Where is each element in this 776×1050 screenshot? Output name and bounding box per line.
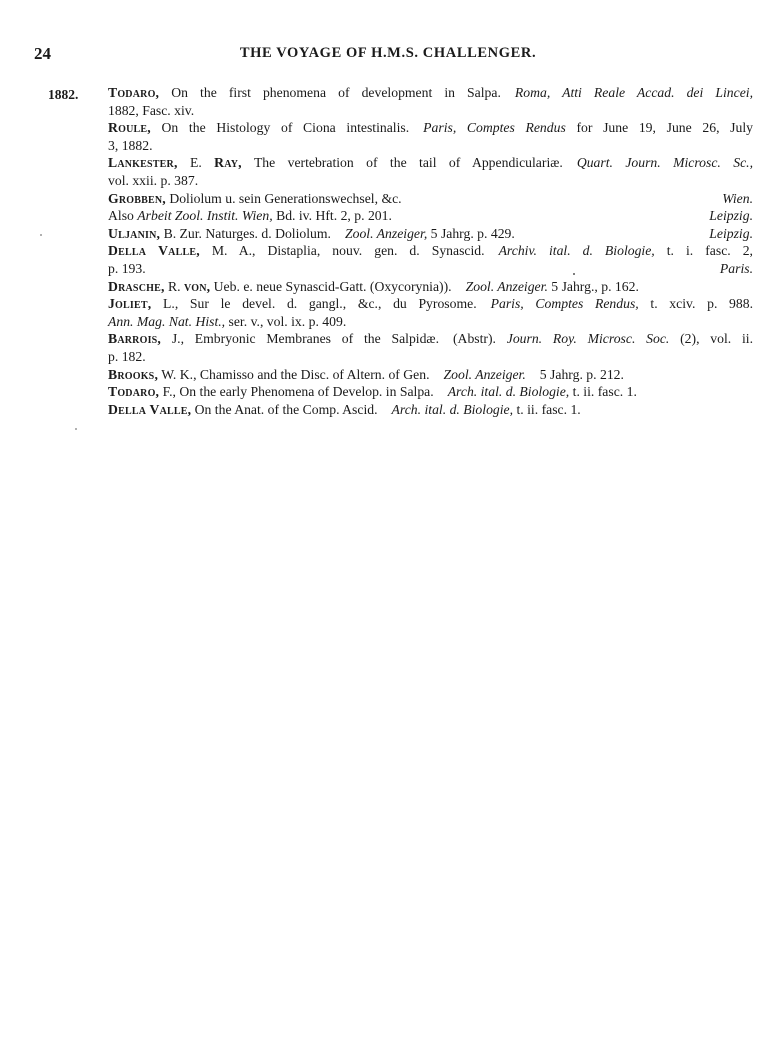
journal-name: Comptes Rendus, [535, 296, 638, 311]
work-title: J., Embryonic Membranes of the Salpidæ. [161, 331, 439, 346]
author-name: Todaro, [108, 384, 159, 399]
bibliography-entry: Drasche, R. von, Ueb. e. neue Synascid-G… [108, 278, 753, 296]
journal-name: Journ. Roy. Microsc. Soc. [507, 331, 670, 346]
journal-name: Arbeit Zool. Instit. Wien, [137, 208, 272, 223]
author-name: Uljanin, [108, 226, 160, 241]
work-title: The vertebration of the tail of Appendic… [242, 155, 563, 170]
journal-details: 5 Jahrg. p. 212. [540, 367, 624, 382]
entry-continuation: Also Arbeit Zool. Instit. Wien, Bd. iv. … [128, 207, 753, 225]
journal-name: Zool. Anzeiger. [466, 279, 548, 294]
journal-details: 5 Jahrg., p. 162. [548, 279, 639, 294]
author-name: Barrois, [108, 331, 161, 346]
bibliography-entry: Todaro, On the first phenomena of develo… [108, 84, 753, 119]
entry-continuation: vol. xxii. p. 387. [128, 172, 753, 190]
author-name: von, [184, 279, 210, 294]
journal-details: t. ii. fasc. 1. [569, 384, 637, 399]
work-title: B. Zur. Naturges. d. Doliolum. [160, 226, 331, 241]
scan-speck [40, 234, 42, 236]
author-name: Roule, [108, 120, 151, 135]
entry-continuation: 1882, Fasc. xiv. [128, 102, 753, 120]
author-name: Brooks, [108, 367, 158, 382]
entry-line: Uljanin, B. Zur. Naturges. d. Doliolum.Z… [128, 225, 753, 243]
entry-line: Della Valle, On the Anat. of the Comp. A… [128, 401, 753, 419]
bibliography-entry: Todaro, F., On the early Phenomena of De… [108, 383, 753, 401]
journal-name: Archiv. ital. d. Biologie, [499, 243, 655, 258]
author-name: Della Valle, [108, 243, 200, 258]
bibliography-entry: Lankester, E. Ray, The vertebration of t… [108, 154, 753, 189]
bibliography-entry: Grobben, Doliolum u. sein Generationswec… [108, 190, 753, 225]
bibliography-entry: Barrois, J., Embryonic Membranes of the … [108, 330, 753, 365]
journal-name: Roma, Atti Reale Accad. dei Lincei, [515, 85, 753, 100]
journal-name: Quart. Journ. Microsc. Sc., [577, 155, 753, 170]
entry-line: Todaro, On the first phenomena of develo… [128, 84, 753, 102]
journal-name: Ann. Mag. Nat. Hist., [108, 314, 225, 329]
journal-name: Paris, Comptes Rendus [423, 120, 566, 135]
author-name: Drasche, [108, 279, 165, 294]
entry-line: Brooks, W. K., Chamisso and the Disc. of… [128, 366, 753, 384]
entry-line: Roule, On the Histology of Ciona intesti… [128, 119, 753, 137]
entry-line: Lankester, E. Ray, The vertebration of t… [128, 154, 753, 172]
journal-name: Zool. Anzeiger. [444, 367, 526, 382]
entry-line: Della Valle, M. A., Distaplia, nouv. gen… [128, 242, 753, 260]
bibliography-entry: Brooks, W. K., Chamisso and the Disc. of… [108, 366, 753, 384]
bibliography-list: Todaro, On the first phenomena of develo… [108, 84, 753, 418]
author-name: Della Valle, [108, 402, 191, 417]
journal-details: t. xciv. p. 988. [639, 296, 753, 311]
scan-speck [75, 428, 77, 430]
entry-continuation: p. 193.Paris. [128, 260, 753, 278]
work-title: L., Sur le devel. d. gangl., &c., du Pyr… [151, 296, 476, 311]
entry-continuation: 3, 1882. [128, 137, 753, 155]
bibliography-entry: Joliet, L., Sur le devel. d. gangl., &c.… [108, 295, 753, 330]
journal-name: Paris, [491, 296, 524, 311]
work-title: M. A., Distaplia, nouv. gen. d. Synascid… [200, 243, 485, 258]
entry-continuation: Ann. Mag. Nat. Hist., ser. v., vol. ix. … [128, 313, 753, 331]
journal-name: Arch. ital. d. Biologie, [448, 384, 570, 399]
publication-place: Leipzig. [729, 225, 753, 243]
document-page: 24 THE VOYAGE OF H.M.S. CHALLENGER. 1882… [0, 0, 776, 1050]
author-name: Lankester, [108, 155, 178, 170]
scan-speck [573, 273, 575, 275]
publication-place: Wien. [742, 190, 753, 208]
journal-details: t. i. fasc. 2, [655, 243, 753, 258]
bibliography-entry: Della Valle, On the Anat. of the Comp. A… [108, 401, 753, 419]
journal-details: ser. v., vol. ix. p. 409. [225, 314, 346, 329]
entry-line: Joliet, L., Sur le devel. d. gangl., &c.… [128, 295, 753, 313]
entry-line: Grobben, Doliolum u. sein Generationswec… [128, 190, 753, 208]
bibliography-entry: Della Valle, M. A., Distaplia, nouv. gen… [108, 242, 753, 277]
entry-line: Barrois, J., Embryonic Membranes of the … [128, 330, 753, 348]
journal-details: t. ii. fasc. 1. [513, 402, 581, 417]
work-title: Doliolum u. sein Generationswechsel, &c. [166, 191, 402, 206]
work-title: On the Anat. of the Comp. Ascid. [191, 402, 377, 417]
bibliography-entry: Uljanin, B. Zur. Naturges. d. Doliolum.Z… [108, 225, 753, 243]
entry-line: Todaro, F., On the early Phenomena of De… [128, 383, 753, 401]
work-title: F., On the early Phenomena of Develop. i… [159, 384, 434, 399]
journal-name: Zool. Anzeiger, [345, 226, 427, 241]
work-title: Ueb. e. neue Synascid-Gatt. (Oxycorynia)… [210, 279, 451, 294]
work-title: On the first phenomena of development in… [159, 85, 501, 100]
author-name: Joliet, [108, 296, 151, 311]
journal-name: Arch. ital. d. Biologie, [392, 402, 514, 417]
bibliography-entry: Roule, On the Histology of Ciona intesti… [108, 119, 753, 154]
publication-place: Paris. [740, 260, 753, 278]
work-title: W. K., Chamisso and the Disc. of Altern.… [158, 367, 429, 382]
journal-details: Bd. iv. Hft. 2, p. 201. [273, 208, 392, 223]
work-title: On the Histology of Ciona intestinalis. [151, 120, 409, 135]
author-name: Ray, [214, 155, 242, 170]
year-label: 1882. [48, 87, 78, 103]
author-name: Todaro, [108, 85, 159, 100]
journal-details: for June 19, June 26, July [566, 120, 753, 135]
running-title: THE VOYAGE OF H.M.S. CHALLENGER. [0, 45, 776, 62]
journal-details: (2), vol. ii. [669, 331, 753, 346]
entry-continuation: p. 182. [128, 348, 753, 366]
publication-place: Leipzig. [729, 207, 753, 225]
author-name: Grobben, [108, 191, 166, 206]
journal-details: 5 Jahrg. p. 429. [427, 226, 515, 241]
entry-line: Drasche, R. von, Ueb. e. neue Synascid-G… [128, 278, 753, 296]
